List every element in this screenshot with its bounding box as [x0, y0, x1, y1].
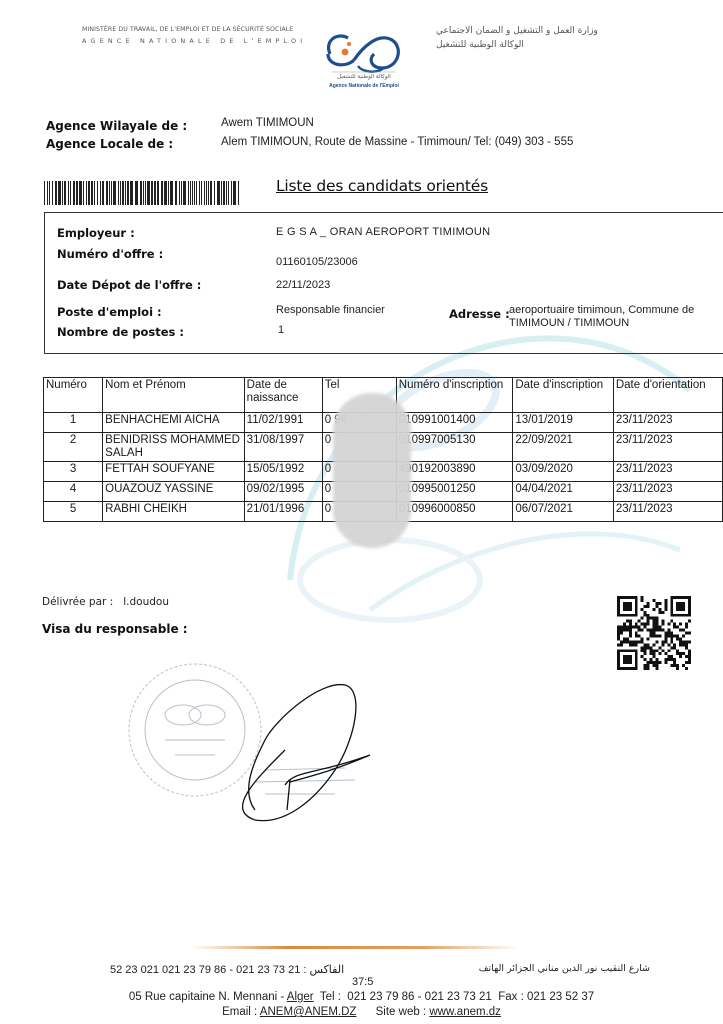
qr-code — [616, 596, 692, 670]
cell-orient-date: 23/11/2023 — [613, 413, 722, 433]
employer-label: Employeur : — [57, 226, 135, 240]
position-label: Poste d'emploi : — [57, 305, 162, 319]
offer-number-value: 01160105/23006 — [276, 256, 358, 268]
delivered-by: Délivrée par : l.doudou — [42, 596, 169, 608]
cell-name: BENIDRISS MOHAMMED SALAH — [103, 433, 245, 462]
visa-label: Visa du responsable : — [42, 622, 188, 636]
cell-reg-date: 04/04/2021 — [513, 482, 614, 502]
cell-orient-date: 23/11/2023 — [613, 433, 722, 462]
col-header-birth-date: Date de naissance — [244, 378, 322, 413]
cell-birth: 31/08/1997 — [244, 433, 322, 462]
cell-orient-date: 23/11/2023 — [613, 482, 722, 502]
cell-reg-num: 010995001250 — [396, 482, 513, 502]
col-header-name: Nom et Prénom — [103, 378, 245, 413]
col-header-registration-number: Numéro d'inscription — [396, 378, 513, 413]
cell-birth: 21/01/1996 — [244, 502, 322, 522]
cell-reg-date: 03/09/2020 — [513, 462, 614, 482]
posts-count-label: Nombre de postes : — [57, 325, 184, 339]
logo-caption-fr: Agence Nationale de l'Emploi — [320, 83, 408, 89]
anem-logo-icon — [318, 20, 410, 92]
employer-value: E G S A _ ORAN AEROPORT TIMIMOUN — [276, 226, 490, 238]
footer-contact: Tel : 021 23 79 86 - 021 23 73 21 Fax : … — [314, 991, 594, 1003]
footer-city: Alger — [287, 991, 314, 1003]
official-stamp-icon — [129, 664, 355, 796]
cell-reg-num: 010996000850 — [396, 502, 513, 522]
cell-reg-num: 490192003890 — [396, 462, 513, 482]
redacted-phone-numbers — [333, 393, 411, 548]
cell-num: 1 — [44, 413, 103, 433]
ministry-name-ar: وزارة العمل و التشغيل و الضمان الاجتماعي — [436, 26, 676, 36]
offer-number-label: Numéro d'offre : — [57, 247, 163, 261]
footer-divider — [190, 946, 520, 949]
deposit-date-label: Date Dépot de l'offre : — [57, 278, 201, 292]
agency-name-ar: الوكالة الوطنية للتشغيل — [436, 40, 676, 50]
cell-num: 5 — [44, 502, 103, 522]
cell-reg-num: 010991001400 — [396, 413, 513, 433]
stamp-and-signature — [115, 660, 415, 830]
col-header-registration-date: Date d'inscription — [513, 378, 614, 413]
footer-postal-code: 37:5 — [352, 976, 373, 988]
position-value: Responsable financier — [276, 304, 385, 316]
cell-num: 4 — [44, 482, 103, 502]
delivered-by-label: Délivrée par : — [42, 596, 113, 608]
cell-num: 3 — [44, 462, 103, 482]
footer-arabic-phones: 52 23 021 الفاكس : 21 73 23 021 - 86 79 … — [110, 963, 344, 976]
cell-reg-num: 010997005130 — [396, 433, 513, 462]
signature-icon — [243, 685, 370, 821]
wilayale-label: Agence Wilayale de : — [46, 119, 187, 133]
cell-name: FETTAH SOUFYANE — [103, 462, 245, 482]
col-header-orientation-date: Date d'orientation — [613, 378, 722, 413]
website-link[interactable]: www.anem.dz — [429, 1006, 501, 1018]
address-label: Adresse : — [449, 307, 510, 321]
cell-birth: 15/05/1992 — [244, 462, 322, 482]
footer-address: 05 Rue capitaine N. Mennani - Alger Tel … — [0, 991, 723, 1003]
cell-name: BENHACHEMI AICHA — [103, 413, 245, 433]
address-line2: TIMIMOUN / TIMIMOUN — [509, 317, 629, 329]
email-link[interactable]: ANEM@ANEM.DZ — [260, 1006, 357, 1018]
locale-label: Agence Locale de : — [46, 137, 173, 151]
footer-arabic-address: شارع النقيب نور الدين مناني الجزائر الها… — [479, 963, 650, 974]
wilayale-value: Awem TIMIMOUN — [221, 117, 314, 129]
cell-birth: 09/02/1995 — [244, 482, 322, 502]
cell-reg-date: 13/01/2019 — [513, 413, 614, 433]
cell-orient-date: 23/11/2023 — [613, 462, 722, 482]
cell-reg-date: 06/07/2021 — [513, 502, 614, 522]
cell-name: RABHI CHEIKH — [103, 502, 245, 522]
website-label: Site web : — [376, 1006, 430, 1018]
deposit-date-value: 22/11/2023 — [276, 279, 330, 291]
logo-caption-ar: الوكالة الوطنية للتشغيل — [326, 74, 402, 80]
ministry-name-fr: MINISTÈRE DU TRAVAIL, DE L'EMPLOI ET DE … — [82, 26, 293, 33]
cell-reg-date: 22/09/2021 — [513, 433, 614, 462]
footer-street: 05 Rue capitaine N. Mennani - — [129, 991, 287, 1003]
cell-name: OUAZOUZ YASSINE — [103, 482, 245, 502]
delivered-by-value: l.doudou — [123, 596, 169, 608]
cell-num: 2 — [44, 433, 103, 462]
email-label: Email : — [222, 1006, 260, 1018]
barcode — [44, 181, 244, 205]
cell-orient-date: 23/11/2023 — [613, 502, 722, 522]
page-title: Liste des candidats orientés — [276, 177, 488, 195]
locale-value: Alem TIMIMOUN, Route de Massine - Timimo… — [221, 136, 573, 148]
agency-name-fr: AGENCE NATIONALE DE L'EMPLOI — [82, 37, 306, 45]
col-header-number: Numéro — [44, 378, 103, 413]
address-line1: aeroportuaire timimoun, Commune de — [509, 304, 694, 316]
footer-email-web: Email : ANEM@ANEM.DZ Site web : www.anem… — [0, 1006, 723, 1018]
posts-count-value: 1 — [278, 324, 284, 336]
cell-birth: 11/02/1991 — [244, 413, 322, 433]
